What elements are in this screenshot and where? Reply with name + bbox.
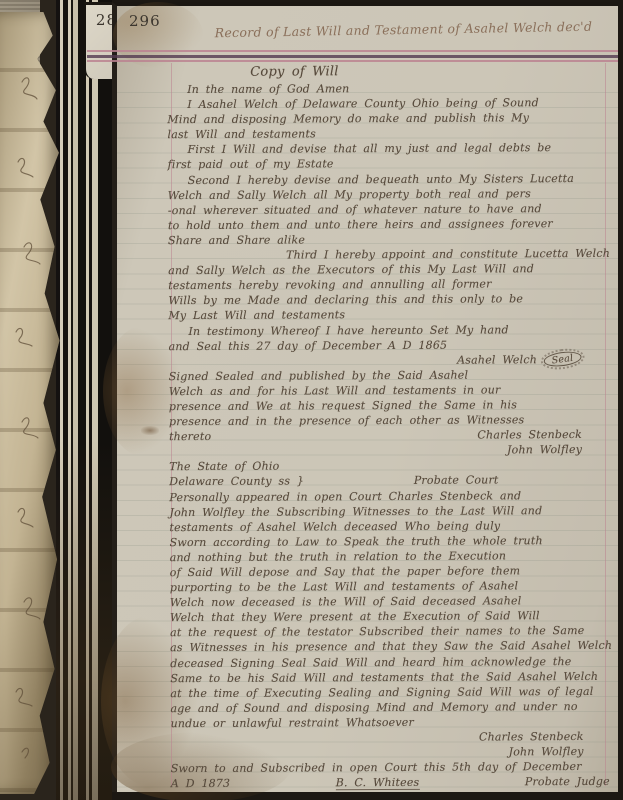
- line-left-text: A D 1873: [171, 776, 230, 791]
- line-left-text: Sworn to and Subscribed in open Court th…: [171, 759, 582, 776]
- line-left-text: Signed Sealed and published by the Said …: [169, 367, 469, 384]
- line-right-group: Charles Stenbeck: [479, 729, 610, 745]
- line-right-group: John Wolfley: [507, 442, 608, 458]
- line-left-text: Welch as and for his Last Will and testa…: [169, 382, 501, 399]
- line-right-group: Charles Stenbeck: [477, 427, 608, 443]
- line-left-text: thereto: [169, 429, 211, 444]
- header-rule-line: [87, 60, 618, 62]
- line-left-text: testaments hereby revoking and annulling…: [168, 277, 491, 294]
- record-header-title: Record of Last Will and Testament of Asa…: [203, 19, 604, 41]
- line-left-text: age and of Sound and disposing Mind and …: [170, 699, 577, 716]
- line-signature-text: John Wolfley: [509, 744, 584, 759]
- will-text-line: age and of Sound and disposing Mind and …: [170, 699, 609, 716]
- record-page: 296 Record of Last Will and Testament of…: [112, 2, 618, 792]
- line-signature-text: Asahel Welch: [457, 352, 537, 368]
- record-book-photo: 28 296 Record of Last Will and Testament…: [0, 0, 623, 800]
- line-left-text: First I Will and devise that all my just…: [168, 141, 552, 158]
- line-left-text: and nothing but the truth in relation to…: [170, 548, 507, 565]
- will-text-line: First I Will and devise that all my just…: [168, 140, 607, 157]
- line-right-group: Probate Judge: [525, 774, 610, 790]
- will-body: Copy of Will In the name of God Amen I A…: [167, 63, 610, 792]
- line-signature-text: Probate Judge: [525, 774, 610, 790]
- line-middle-text: B. C. Whitees: [336, 775, 420, 791]
- torn-page-edge: [0, 12, 62, 794]
- will-text-line: to hold unto them and unto there heirs a…: [168, 216, 607, 233]
- line-left-text: In the name of God Amen: [167, 81, 349, 97]
- line-signature-text: Charles Stenbeck: [477, 427, 582, 443]
- line-left-text: Wills by me Made and declaring this and …: [168, 292, 523, 309]
- line-left-text: Share and Share alike: [168, 232, 305, 248]
- will-text-line: Asahel Welch Seal: [169, 352, 608, 369]
- line-signature-text: John Wolfley: [507, 442, 582, 457]
- line-left-text: Mind and disposing Memory do make and pu…: [167, 110, 529, 127]
- will-text-line: Third I hereby appoint and constitute Lu…: [168, 246, 607, 263]
- will-text-line: A D 1873 B. C. Whitees Probate Judge: [171, 774, 610, 791]
- line-left-text: In testimony Whereof I have hereunto Set…: [168, 322, 508, 339]
- will-text-line: John Wolfley: [169, 442, 608, 459]
- header-rule-line: [87, 55, 618, 58]
- line-left-text: to hold unto them and unto there heirs a…: [168, 216, 553, 233]
- page-edge-writing-fragments: [4, 42, 58, 782]
- line-left-text: last Will and testaments: [167, 127, 316, 143]
- will-title: Copy of Will: [167, 64, 422, 82]
- line-right-group: Asahel Welch Seal: [457, 352, 608, 368]
- will-text-lines: In the name of God Amen I Asahel Welch o…: [167, 80, 610, 792]
- header-rule-band: [87, 50, 618, 63]
- book-spine-edges: [0, 0, 112, 800]
- page-number: 296: [129, 12, 161, 30]
- line-left-text: first paid out of my Estate: [168, 157, 334, 173]
- line-middle-text: Probate Court: [414, 473, 499, 489]
- line-left-text: Third I hereby appoint and constitute Lu…: [168, 246, 610, 263]
- header-rule-line: [87, 50, 618, 52]
- stacked-page-edges: [56, 0, 112, 800]
- line-left-text: The State of Ohio: [169, 459, 279, 475]
- line-left-text: Delaware County ss }: [169, 474, 304, 490]
- will-text-line: Second I hereby devise and bequeath unto…: [168, 170, 607, 187]
- line-left-text: presence and in the presence of each oth…: [169, 412, 524, 429]
- line-left-text: undue or unlawful restraint Whatsoever: [171, 715, 414, 731]
- line-left-text: My Last Will and testaments: [168, 308, 345, 324]
- line-right-group: John Wolfley: [509, 744, 610, 760]
- line-left-text: and Seal this 27 day of December A D 186…: [169, 337, 448, 354]
- notary-seal-badge: Seal: [543, 350, 582, 369]
- line-signature-text: Charles Stenbeck: [479, 729, 584, 745]
- line-left-text: testaments of Asahel Welch deceased Who …: [169, 518, 500, 535]
